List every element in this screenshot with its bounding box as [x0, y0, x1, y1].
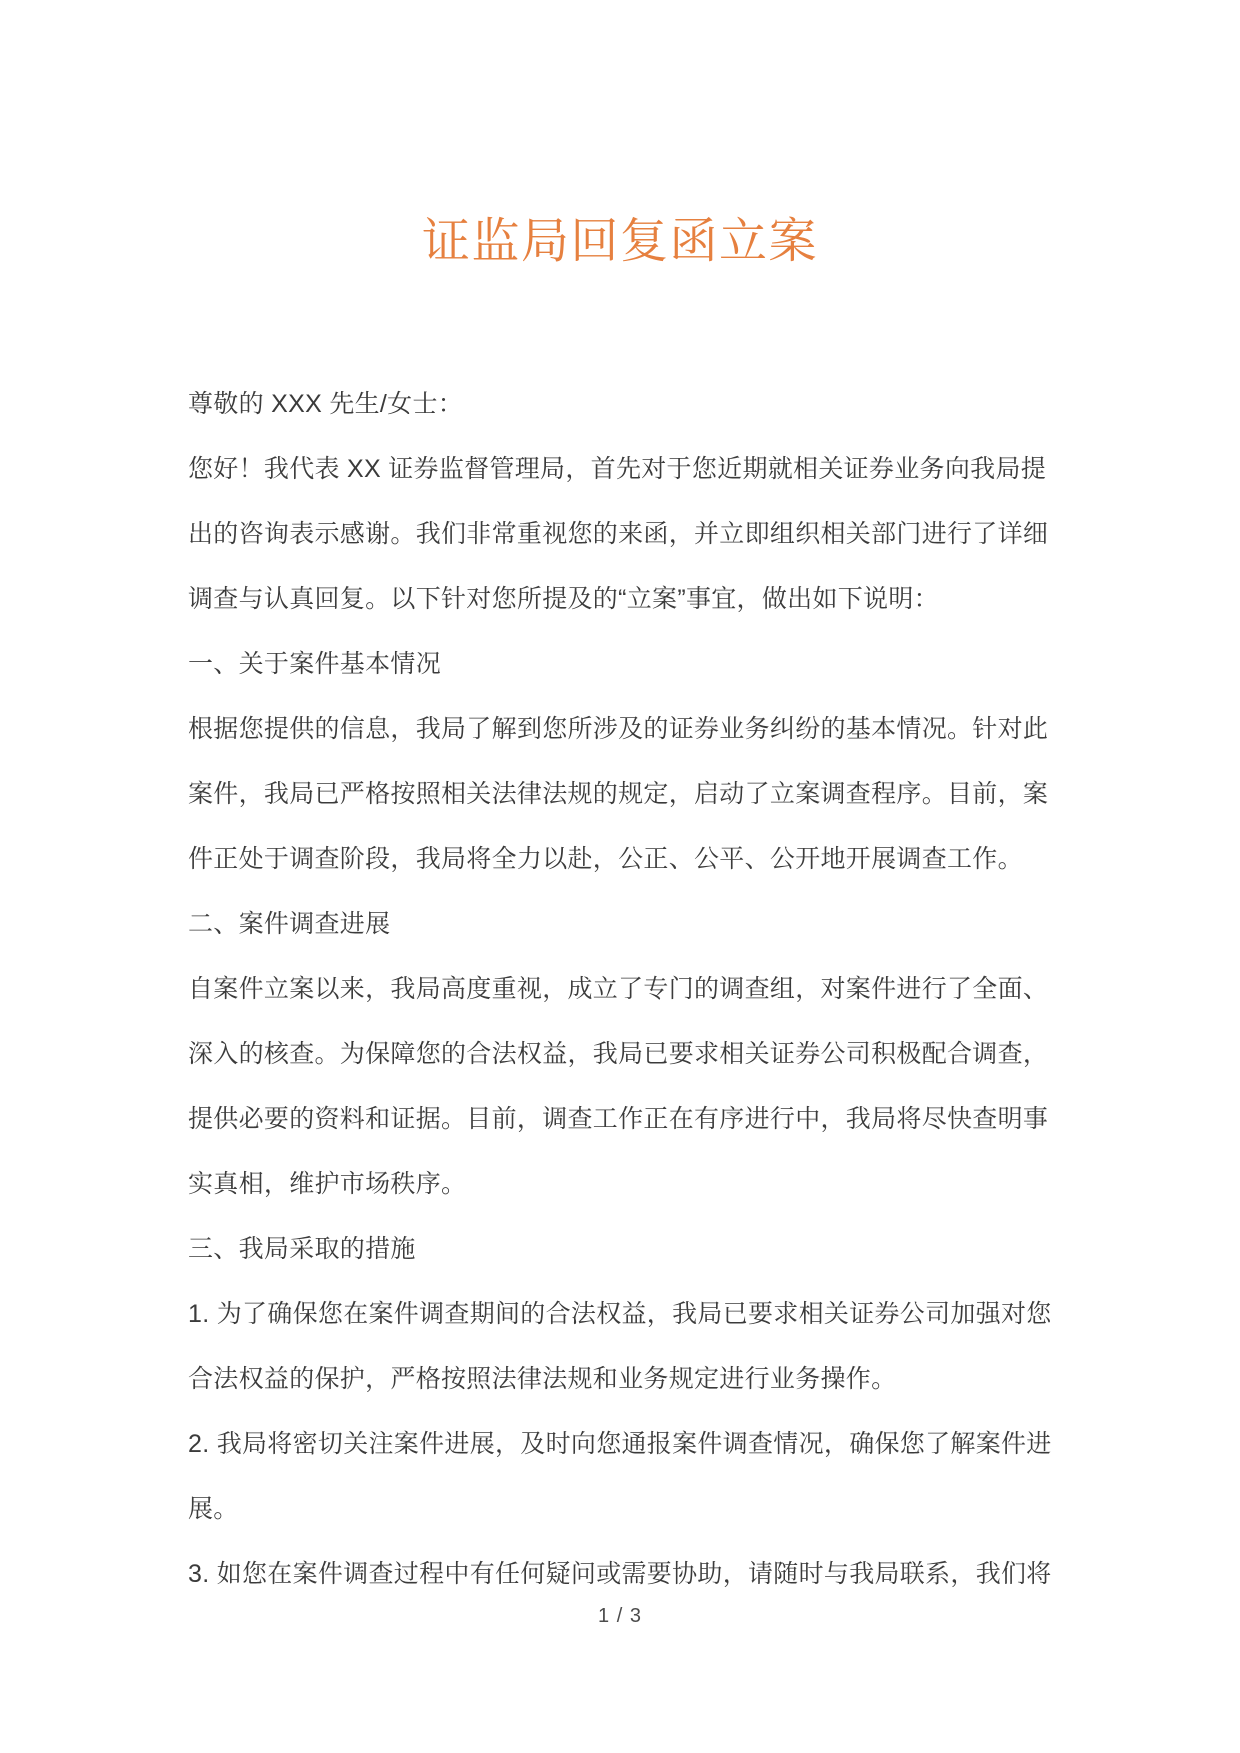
document-page: 证监局回复函立案 尊敬的 XXX 先生/女士：您好！我代表 XX 证券监督管理局…	[0, 0, 1240, 1753]
text-line: 合法权益的保护，严格按照法律法规和业务规定进行业务操作。	[188, 1347, 1058, 1412]
text-line: 实真相，维护市场秩序。	[188, 1152, 1058, 1217]
text-line: 2. 我局将密切关注案件进展，及时向您通报案件调查情况，确保您了解案件进	[188, 1412, 1058, 1477]
document-title: 证监局回复函立案	[0, 212, 1240, 272]
text-line: 三、我局采取的措施	[188, 1217, 1058, 1282]
text-line: 件正处于调查阶段，我局将全力以赴，公正、公平、公开地开展调查工作。	[188, 827, 1058, 892]
text-line: 案件，我局已严格按照相关法律法规的规定，启动了立案调查程序。目前，案	[188, 762, 1058, 827]
text-line: 您好！我代表 XX 证券监督管理局，首先对于您近期就相关证券业务向我局提	[188, 437, 1058, 502]
text-line: 二、案件调查进展	[188, 892, 1058, 957]
text-line: 提供必要的资料和证据。目前，调查工作正在有序进行中，我局将尽快查明事	[188, 1087, 1058, 1152]
text-line: 一、关于案件基本情况	[188, 632, 1058, 697]
text-line: 1. 为了确保您在案件调查期间的合法权益，我局已要求相关证券公司加强对您	[188, 1282, 1058, 1347]
text-line: 出的咨询表示感谢。我们非常重视您的来函，并立即组织相关部门进行了详细	[188, 502, 1058, 567]
page-number: 1 / 3	[0, 1604, 1240, 1628]
text-line: 根据您提供的信息，我局了解到您所涉及的证券业务纠纷的基本情况。针对此	[188, 697, 1058, 762]
text-line: 展。	[188, 1477, 1058, 1542]
text-line: 调查与认真回复。以下针对您所提及的“立案”事宜，做出如下说明：	[188, 567, 1058, 632]
text-line: 3. 如您在案件调查过程中有任何疑问或需要协助，请随时与我局联系，我们将	[188, 1542, 1058, 1607]
text-line: 深入的核查。为保障您的合法权益，我局已要求相关证券公司积极配合调查，	[188, 1022, 1058, 1087]
text-line: 尊敬的 XXX 先生/女士：	[188, 372, 1058, 437]
text-line: 自案件立案以来，我局高度重视，成立了专门的调查组，对案件进行了全面、	[188, 957, 1058, 1022]
document-body: 尊敬的 XXX 先生/女士：您好！我代表 XX 证券监督管理局，首先对于您近期就…	[188, 372, 1058, 1607]
